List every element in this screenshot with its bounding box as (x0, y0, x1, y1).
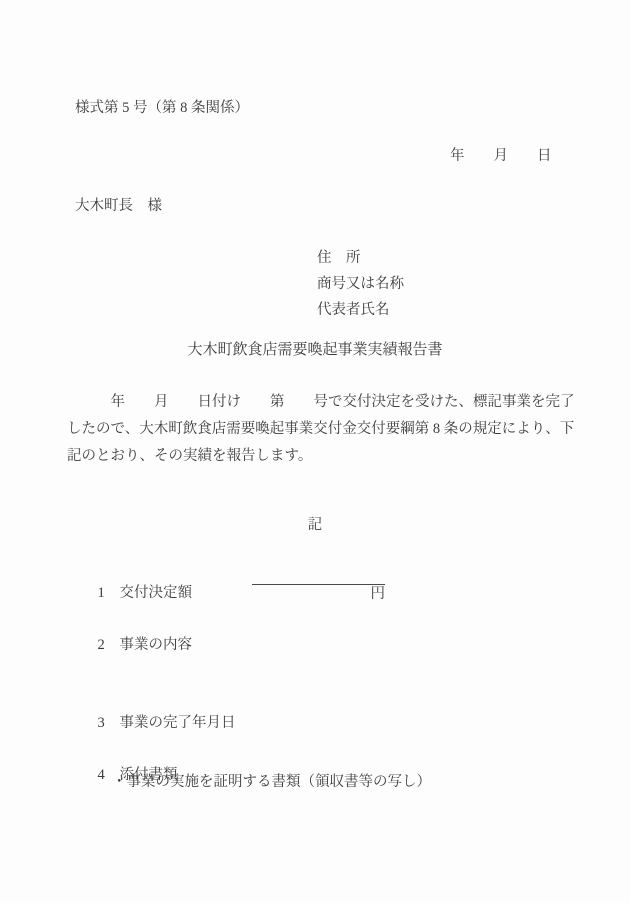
item-number: 3 (98, 713, 106, 733)
applicant-address-label: 住 所 (317, 248, 404, 274)
item-label: 交付決定額 (120, 585, 193, 601)
item-1-grant-amount: 1交付決定額 (83, 563, 192, 623)
amount-unit-yen: 円 (371, 586, 386, 602)
applicant-representative-label: 代表者氏名 (317, 300, 404, 326)
date-line: 年 月 日 (450, 146, 552, 166)
item-number: 1 (98, 583, 106, 603)
form-number: 様式第 5 号（第 8 条関係） (75, 98, 249, 118)
body-line: 記のとおり、その実績を報告します。 (67, 443, 587, 470)
document-page: 様式第 5 号（第 8 条関係） 年 月 日 大木町長 様 住 所 商号又は名称… (0, 0, 630, 903)
record-heading: 記 (0, 515, 630, 535)
item-2-business-content: 2事業の内容 (83, 615, 192, 675)
applicant-name-label: 商号又は名称 (317, 274, 404, 300)
applicant-block: 住 所 商号又は名称 代表者氏名 (317, 248, 404, 326)
addressee: 大木町長 様 (75, 196, 162, 216)
item-number: 4 (98, 765, 106, 785)
item-number: 2 (98, 635, 106, 655)
body-line: 年 月 日付け 第 号で交付決定を受けた、標記事業を完了 (67, 389, 587, 416)
amount-fill-line: 円 (252, 563, 385, 585)
document-title: 大木町飲食店需要喚起事業実績報告書 (0, 340, 630, 360)
item-label: 事業の内容 (120, 637, 193, 653)
item-label: 事業の完了年月日 (120, 715, 236, 731)
attached-document-bullet: ・事業の実施を証明する書類（領収書等の写し） (112, 772, 431, 792)
item-3-completion-date: 3事業の完了年月日 (83, 693, 236, 753)
body-line: したので、大木町飲食店需要喚起事業交付金交付要綱第 8 条の規定により、下 (67, 416, 587, 443)
body-paragraph: 年 月 日付け 第 号で交付決定を受けた、標記事業を完了 したので、大木町飲食店… (67, 389, 587, 470)
